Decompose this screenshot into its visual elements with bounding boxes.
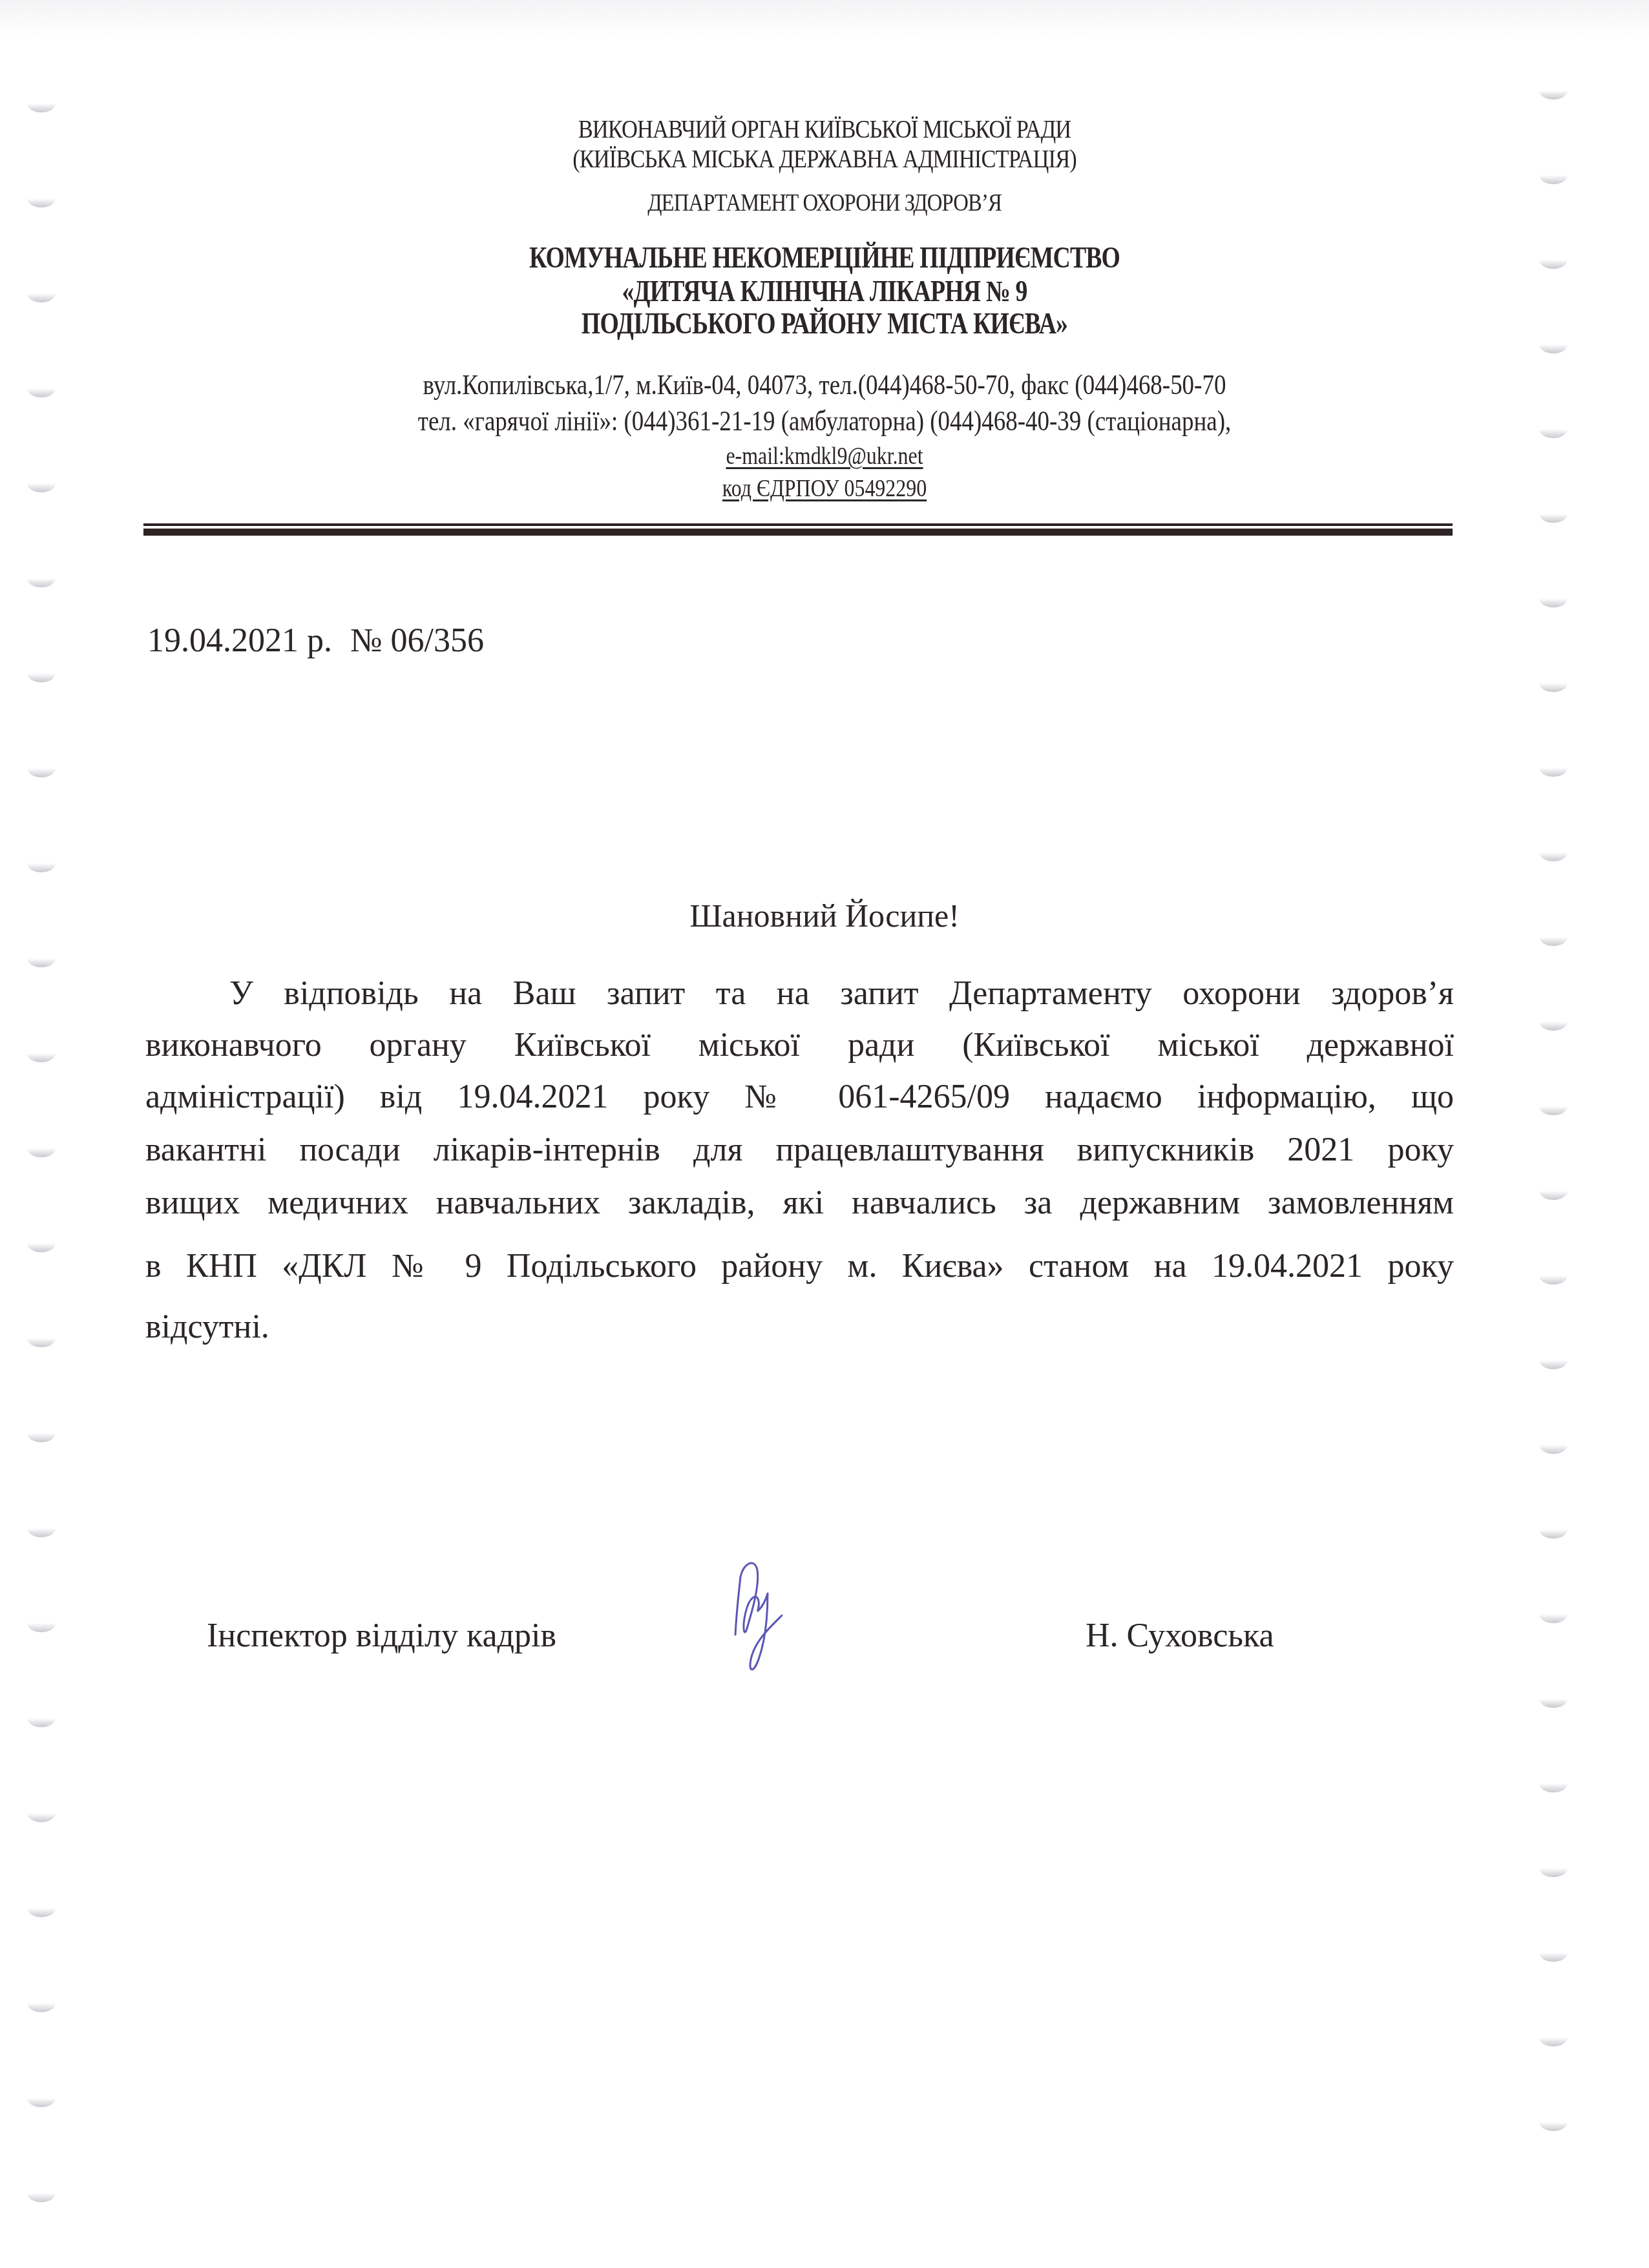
letterhead-organization-line1: КОМУНАЛЬНЕ НЕКОМЕРЦІЙНЕ ПІДПРИЄМСТВО: [149, 240, 1501, 275]
body-line: У відповідь на Ваш запит та на запит Деп…: [229, 974, 1454, 1013]
feed-mark-icon: [1539, 1106, 1568, 1115]
feed-mark-icon: [27, 198, 56, 207]
letterhead-edrpou-code: код ЄДРПОУ 05492290: [132, 474, 1517, 503]
feed-mark-icon: [1539, 1953, 1568, 1962]
feed-mark-icon: [1539, 90, 1568, 100]
feed-mark-icon: [27, 2003, 56, 2012]
feed-mark-icon: [27, 1148, 56, 1157]
body-line: вакантні посади лікарів-інтернів для пра…: [145, 1131, 1454, 1169]
feed-mark-icon: [1539, 514, 1568, 523]
greeting: Шановний Йосипе!: [0, 897, 1649, 934]
feed-mark-icon: [1539, 344, 1568, 353]
feed-mark-icon: [1539, 1783, 1568, 1792]
feed-mark-icon: [1539, 1529, 1568, 1538]
feed-mark-icon: [27, 103, 56, 112]
feed-mark-icon: [27, 1243, 56, 1252]
letterhead-government-line2: (КИЇВСЬКА МІСЬКА ДЕРЖАВНА АДМІНІСТРАЦІЯ): [116, 143, 1534, 174]
signatory-position: Інспектор відділу кадрів: [207, 1617, 556, 1655]
feed-mark-icon: [1539, 2122, 1568, 2131]
feed-mark-icon: [27, 1718, 56, 1727]
feed-mark-icon: [1539, 2037, 1568, 2046]
letterhead-government-line1: ВИКОНАВЧИЙ ОРГАН КИЇВСЬКОЇ МІСЬКОЇ РАДИ: [116, 114, 1534, 144]
feed-mark-icon: [1539, 852, 1568, 861]
feed-mark-icon: [1539, 1360, 1568, 1369]
feed-mark-icon: [27, 1053, 56, 1062]
feed-mark-icon: [1539, 598, 1568, 607]
feed-mark-icon: [1539, 175, 1568, 184]
feed-mark-icon: [27, 578, 56, 587]
feed-mark-icon: [1539, 1868, 1568, 1877]
feed-mark-icon: [27, 958, 56, 967]
outgoing-reference: 19.04.2021 р.№ 06/356: [147, 622, 484, 660]
feed-mark-icon: [1539, 260, 1568, 269]
letterhead-department: ДЕПАРТАМЕНТ ОХОРОНИ ЗДОРОВ’Я: [116, 189, 1534, 217]
feed-mark-icon: [27, 768, 56, 777]
feed-mark-icon: [27, 1338, 56, 1347]
scanned-letter-page: ВИКОНАВЧИЙ ОРГАН КИЇВСЬКОЇ МІСЬКОЇ РАДИ …: [0, 0, 1649, 2268]
feed-mark-icon: [27, 483, 56, 492]
letterhead-divider-thin: [143, 523, 1453, 526]
feed-mark-icon: [27, 1433, 56, 1442]
feed-mark-icon: [1539, 429, 1568, 438]
letterhead-organization-line2: «ДИТЯЧА КЛІНІЧНА ЛІКАРНЯ № 9: [149, 274, 1501, 308]
feed-mark-icon: [27, 1908, 56, 1917]
feed-mark-icon: [27, 1813, 56, 1822]
feed-mark-icon: [1539, 1276, 1568, 1285]
feed-mark-icon: [27, 863, 56, 872]
body-line: відсутні.: [145, 1308, 1454, 1346]
body-line: вищих медичних навчальних закладів, які …: [145, 1184, 1454, 1222]
feed-mark-icon: [27, 2193, 56, 2202]
feed-mark-icon: [1539, 768, 1568, 777]
feed-mark-icon: [27, 388, 56, 397]
feed-mark-icon: [1539, 1191, 1568, 1200]
letterhead-email: e-mail:kmdkl9@ukr.net: [132, 442, 1517, 470]
feed-mark-icon: [27, 1623, 56, 1632]
feed-mark-icon: [1539, 1614, 1568, 1623]
handwritten-signature-icon: [717, 1551, 846, 1680]
reference-date: 19.04.2021 р.: [147, 622, 332, 659]
signatory-name: Н. Суховська: [1086, 1617, 1274, 1655]
letterhead-divider-thick: [143, 529, 1453, 536]
feed-mark-icon: [1539, 1445, 1568, 1454]
reference-number: № 06/356: [350, 622, 484, 659]
feed-mark-icon: [1539, 1699, 1568, 1708]
letterhead-hotline: тел. «гарячої лінії»: (044)361-21-19 (ам…: [132, 404, 1517, 437]
feed-mark-icon: [1539, 683, 1568, 692]
feed-mark-icon: [27, 293, 56, 302]
feed-mark-icon: [27, 673, 56, 682]
feed-mark-icon: [1539, 937, 1568, 946]
body-line: адміністрації) від 19.04.2021 року № 061…: [145, 1078, 1454, 1116]
body-line: в КНП «ДКЛ № 9 Подільського району м. Ки…: [145, 1247, 1454, 1285]
letterhead-address: вул.Копилівська,1/7, м.Київ-04, 04073, т…: [132, 368, 1517, 401]
feed-mark-icon: [1539, 1022, 1568, 1031]
letterhead-organization-line3: ПОДІЛЬСЬКОГО РАЙОНУ МІСТА КИЄВА»: [149, 306, 1501, 341]
feed-mark-icon: [27, 1528, 56, 1537]
feed-mark-icon: [27, 2098, 56, 2107]
body-line: виконавчого органу Київської міської рад…: [145, 1026, 1454, 1064]
